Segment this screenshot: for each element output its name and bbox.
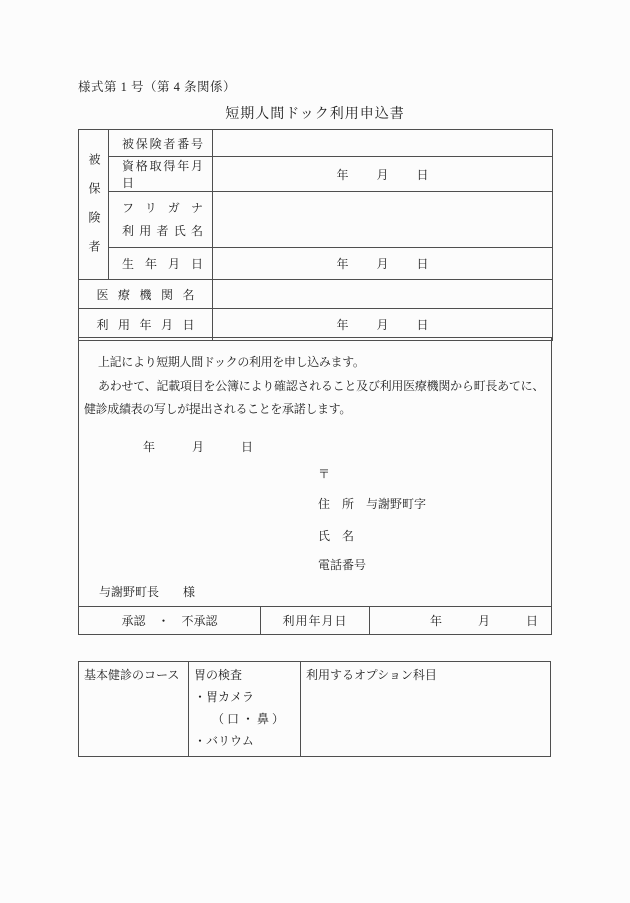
consent-section: 上記により短期人間ドックの利用を申し込みます。 あわせて、記載項目を公簿により確…	[78, 337, 552, 635]
consent-paragraph-2: あわせて、記載項目を公簿により確認されること及び利用医療機関から町長あてに、健診…	[84, 375, 544, 422]
insured-number-label: 被保険者番号	[122, 135, 203, 152]
use-date-label-cell: 利用年月日	[79, 309, 213, 341]
qualification-date-field[interactable]: 年月日	[213, 157, 553, 192]
birth-date-label-cell: 生年月日	[109, 248, 213, 280]
day-label: 日	[417, 257, 429, 271]
insured-number-field[interactable]	[213, 130, 553, 157]
insured-group-label-cell: 被保険者	[79, 130, 109, 280]
insured-number-label-cell: 被保険者番号	[109, 130, 213, 157]
basic-course-label: 基本健診のコース	[84, 664, 183, 686]
qualification-date-label: 資格取得年月日	[122, 157, 203, 191]
postal-code-field[interactable]: 〒	[318, 465, 330, 482]
table-row: 資格取得年月日 年月日	[79, 157, 553, 192]
medical-institution-label: 医療機関名	[97, 286, 195, 303]
form-number: 様式第 1 号（第 4 条関係）	[78, 77, 236, 95]
insured-group-label: 被保険者	[79, 137, 109, 269]
month-label: 月	[376, 257, 388, 271]
application-date-field[interactable]: 年月日	[143, 438, 253, 455]
day-label: 日	[526, 612, 538, 629]
application-form-page: 様式第 1 号（第 4 条関係） 短期人間ドック利用申込書 被保険者 被保険者番…	[0, 0, 630, 903]
postal-mark-icon: 〒	[318, 467, 330, 481]
month-label: 月	[376, 318, 388, 332]
use-date-label: 利用年月日	[97, 316, 195, 333]
month-label: 月	[376, 168, 388, 182]
month-label: 月	[478, 612, 490, 629]
year-label: 年	[143, 440, 155, 454]
consent-paragraph-1: 上記により短期人間ドックの利用を申し込みます。	[84, 351, 544, 375]
document-title: 短期人間ドック利用申込書	[0, 103, 630, 123]
use-date-field[interactable]: 年月日	[213, 309, 553, 341]
medical-institution-label-cell: 医療機関名	[79, 280, 213, 309]
option-subjects-field[interactable]: 利用するオプション科目	[301, 662, 551, 757]
user-name-label: 利用者氏名	[122, 221, 203, 242]
month-label: 月	[192, 440, 204, 454]
birth-date-label: 生年月日	[122, 255, 203, 272]
table-row: 利用年月日 年月日	[79, 309, 553, 341]
consent-statement: 上記により短期人間ドックの利用を申し込みます。 あわせて、記載項目を公簿により確…	[84, 351, 544, 422]
approved-use-date-label: 利用年月日	[261, 607, 370, 634]
year-label: 年	[336, 257, 348, 271]
day-label: 日	[417, 318, 429, 332]
table-row: 被保険者 被保険者番号	[79, 130, 553, 157]
addressee-line: 与謝野町長 様	[99, 583, 195, 600]
table-row: フリガナ 利用者氏名	[79, 192, 553, 248]
course-table: 基本健診のコース 胃の検査 ・胃カメラ （ 口 ・ 鼻 ） ・バリウム 利用する…	[78, 661, 551, 757]
stomach-exam-field[interactable]: 胃の検査 ・胃カメラ （ 口 ・ 鼻 ） ・バリウム	[189, 662, 301, 757]
table-row: 基本健診のコース 胃の検査 ・胃カメラ （ 口 ・ 鼻 ） ・バリウム 利用する…	[79, 662, 551, 757]
basic-course-field[interactable]: 基本健診のコース	[79, 662, 189, 757]
address-field[interactable]: 住 所 与謝野町字	[318, 495, 426, 512]
stomach-exam-label: 胃の検査	[194, 664, 295, 686]
option-subjects-label: 利用するオプション科目	[306, 664, 545, 686]
table-row: 医療機関名	[79, 280, 553, 309]
stomach-camera-option[interactable]: ・胃カメラ	[194, 686, 295, 708]
phone-field[interactable]: 電話番号	[318, 556, 366, 573]
camera-route-option[interactable]: （ 口 ・ 鼻 ）	[194, 708, 295, 730]
day-label: 日	[417, 168, 429, 182]
user-name-label-cell: フリガナ 利用者氏名	[109, 192, 213, 248]
name-field[interactable]: 氏 名	[318, 527, 354, 544]
table-row: 生年月日 年月日	[79, 248, 553, 280]
barium-option[interactable]: ・バリウム	[194, 730, 295, 752]
year-label: 年	[430, 612, 442, 629]
day-label: 日	[241, 440, 253, 454]
insured-info-table: 被保険者 被保険者番号 資格取得年月日 年月日 フリガナ 利用者氏名	[78, 129, 553, 341]
medical-institution-field[interactable]	[213, 280, 553, 309]
year-label: 年	[336, 318, 348, 332]
qualification-date-label-cell: 資格取得年月日	[109, 157, 213, 192]
approval-strip: 承認 ・ 不承認 利用年月日 年月日	[79, 606, 551, 634]
approval-choice[interactable]: 承認 ・ 不承認	[79, 607, 261, 634]
birth-date-field[interactable]: 年月日	[213, 248, 553, 280]
furigana-label: フリガナ	[122, 198, 203, 219]
user-name-field[interactable]	[213, 192, 553, 248]
year-label: 年	[336, 168, 348, 182]
approved-use-date-field[interactable]: 年月日	[370, 607, 551, 634]
